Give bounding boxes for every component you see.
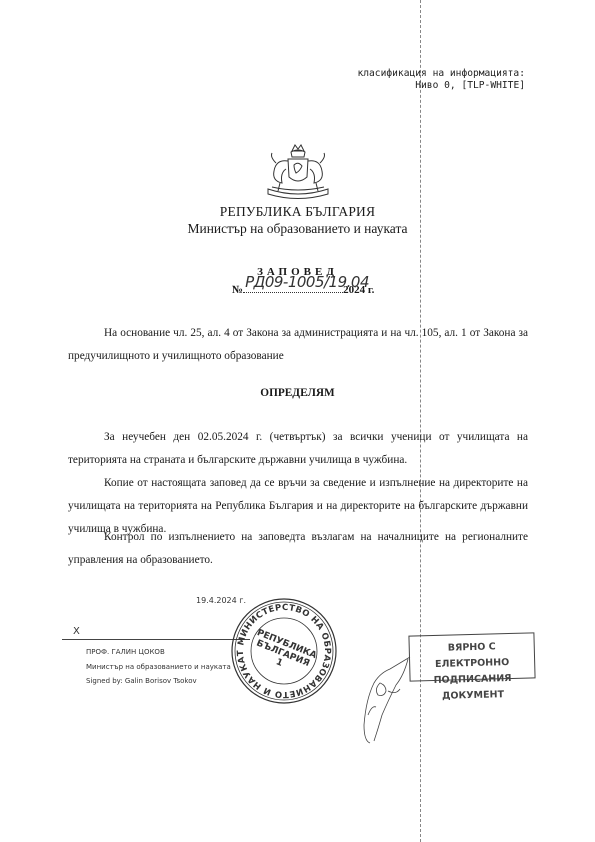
coat-of-arms-icon <box>258 143 338 203</box>
official-seal-icon: МИНИСТЕРСТВО НА ОБРАЗОВАНИЕТО И НАУКАТА … <box>229 596 339 706</box>
classification-label: класификация на информацията: Ниво 0, [T… <box>357 68 525 92</box>
republic-heading: РЕПУБЛИКА БЪЛГАРИЯ <box>0 204 595 220</box>
classification-level: Ниво 0, [TLP-WHITE] <box>357 80 525 92</box>
signature-line <box>62 639 250 640</box>
stamp-line-2: ПОДПИСАНИЯ ДОКУМЕНТ <box>410 670 535 705</box>
classification-line-1: класификация на информацията: <box>357 68 525 80</box>
paragraph-control: Контрол по изпълнението на заповедта въз… <box>68 526 528 572</box>
legal-basis-paragraph: На основание чл. 25, ал. 4 от Закона за … <box>68 322 528 368</box>
decree-heading: ОПРЕДЕЛЯМ <box>0 387 595 399</box>
signatory-name: ПРОФ. ГАЛИН ЦОКОВ <box>86 645 231 660</box>
electronic-copy-stamp: ВЯРНО С ЕЛЕКТРОННО ПОДПИСАНИЯ ДОКУМЕНТ <box>408 632 535 681</box>
seal-number: 1 <box>274 657 284 669</box>
ministry-heading: Министър на образованието и науката <box>0 221 595 237</box>
scan-artifact-line <box>420 0 421 842</box>
number-sign: № <box>232 284 243 296</box>
handwritten-signature-icon <box>360 655 415 745</box>
signatory-title: Министър на образованието и науката <box>86 660 231 675</box>
order-number: №РД09-1005/19.042024 г. <box>232 281 374 296</box>
signed-by-text: Signed by: Galin Borisov Tsokov <box>86 674 231 689</box>
paragraph-non-school-day: За неучебен ден 02.05.2024 г. (четвъртък… <box>68 426 528 472</box>
signature-mark: X <box>73 626 80 637</box>
handwritten-order-number: РД09-1005/19.04 <box>245 273 369 291</box>
stamp-line-1: ВЯРНО С ЕЛЕКТРОННО <box>410 638 535 673</box>
order-number-field: РД09-1005/19.04 <box>243 281 343 293</box>
signatory-block: ПРОФ. ГАЛИН ЦОКОВ Министър на образовани… <box>86 645 231 689</box>
